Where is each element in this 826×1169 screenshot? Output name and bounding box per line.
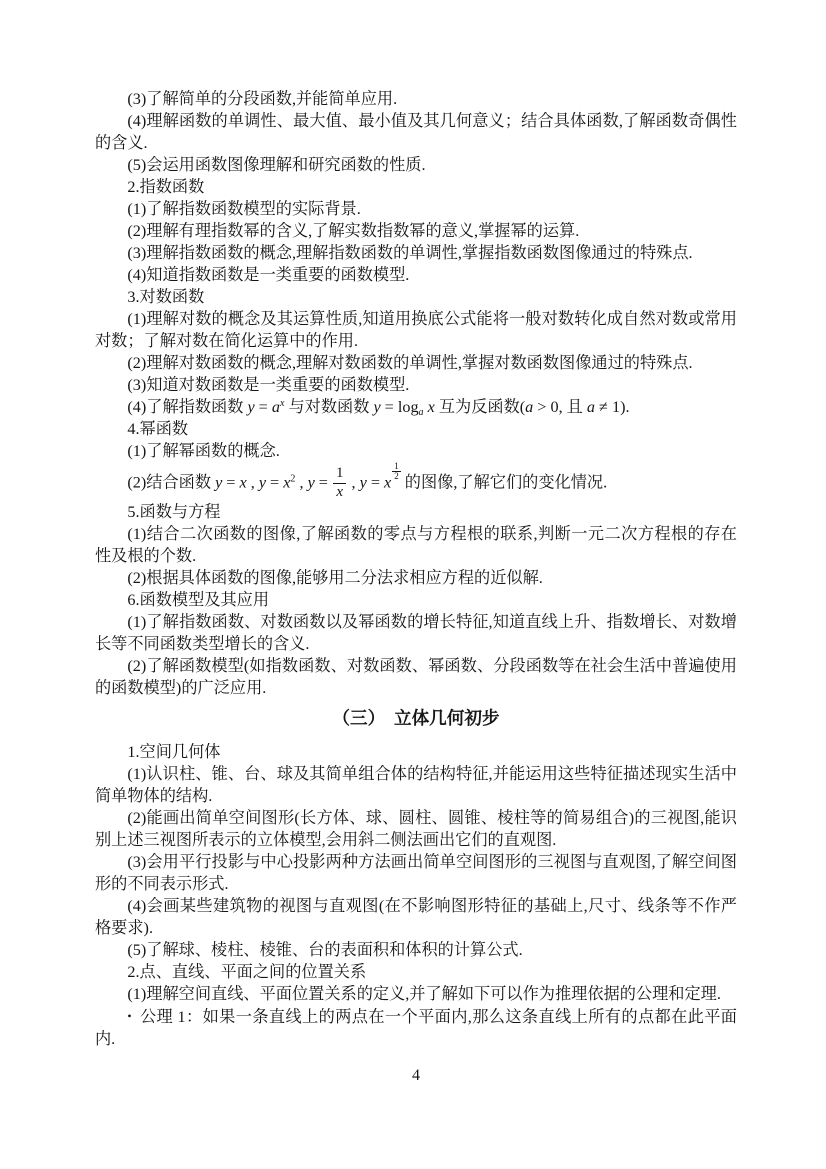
- paragraph: (2)根据具体函数的图像,能够用二分法求相应方程的近似解.: [95, 567, 737, 589]
- fraction-denominator: x: [333, 484, 347, 501]
- fraction-numerator: 1: [333, 466, 347, 484]
- text-run: =: [222, 473, 239, 491]
- text-run: > 0, 且: [533, 398, 587, 416]
- math-variable: a: [272, 398, 280, 416]
- paragraph: (3)理解指数函数的概念,理解指数函数的单调性,掌握指数函数图像通过的特殊点.: [95, 242, 737, 264]
- text-run: ≠ 1).: [595, 398, 630, 416]
- math-variable: y: [259, 473, 266, 491]
- text-run: ,: [247, 473, 259, 491]
- paragraph: 3.对数函数: [95, 286, 737, 308]
- fraction-denominator: 2: [392, 472, 401, 481]
- paragraph: •公理 1：如果一条直线上的两点在一个平面内,那么这条直线上所有的点都在此平面内…: [95, 1005, 737, 1050]
- paragraph: (3)会用平行投影与中心投影两种方法画出简单空间图形的三视图与直观图,了解空间图…: [95, 851, 737, 895]
- text-run: (2)结合函数: [127, 473, 215, 491]
- math-fraction: 12: [392, 462, 401, 482]
- math-variable: a: [587, 398, 595, 416]
- paragraph: 5.函数与方程: [95, 501, 737, 523]
- text-run: ,: [347, 473, 359, 491]
- paragraph: (1)了解指数函数、对数函数以及幂函数的增长特征,知道直线上升、指数增长、对数增…: [95, 611, 737, 655]
- text-run: 互为反函数(: [435, 398, 525, 416]
- page-footer: 4: [95, 1066, 737, 1086]
- paragraph: 6.函数模型及其应用: [95, 589, 737, 611]
- section-heading: （三） 立体几何初步: [95, 704, 737, 732]
- text-run: = log: [381, 398, 419, 416]
- paragraph: (1)认识柱、锥、台、球及其简单组合体的结构特征,并能运用这些特征描述现实生活中…: [95, 763, 737, 807]
- paragraph: 2.点、直线、平面之间的位置关系: [95, 961, 737, 983]
- paragraph: (4)知道指数函数是一类重要的函数模型.: [95, 264, 737, 286]
- paragraph: (3)知道对数函数是一类重要的函数模型.: [95, 374, 737, 396]
- paragraph: (2)结合函数 y = x , y = x2 , y = 1x , y = x1…: [95, 462, 737, 501]
- paragraph: (2)能画出简单空间图形(长方体、球、圆柱、圆锥、棱柱等的简易组合)的三视图,能…: [95, 807, 737, 851]
- bullet-icon: •: [127, 1009, 139, 1023]
- math-variable: y: [360, 473, 367, 491]
- text-run: =: [315, 473, 332, 491]
- paragraph: (1)理解空间直线、平面位置关系的定义,并了解如下可以作为推理依据的公理和定理.: [95, 983, 737, 1005]
- text-run: =: [255, 398, 272, 416]
- math-variable: x: [384, 473, 391, 491]
- text-run: =: [266, 473, 283, 491]
- math-variable: x: [239, 473, 246, 491]
- paragraph: (3)了解简单的分段函数,并能简单应用.: [95, 88, 737, 110]
- paragraph: (1)了解指数函数模型的实际背景.: [95, 198, 737, 220]
- paragraph: (2)了解函数模型(如指数函数、对数函数、幂函数、分段函数等在社会生活中普遍使用…: [95, 655, 737, 699]
- math-variable: x: [428, 398, 435, 416]
- paragraph: 4.幂函数: [95, 418, 737, 440]
- paragraph: 1.空间几何体: [95, 741, 737, 763]
- paragraph: (4)理解函数的单调性、最大值、最小值及其几何意义；结合具体函数,了解函数奇偶性…: [95, 110, 737, 154]
- text-run: (4)了解指数函数: [127, 398, 247, 416]
- paragraph: (5)了解球、棱柱、棱锥、台的表面积和体积的计算公式.: [95, 939, 737, 961]
- paragraph: (1)了解幂函数的概念.: [95, 440, 737, 462]
- paragraph: (2)理解对数函数的概念,理解对数函数的单调性,掌握对数函数图像通过的特殊点.: [95, 352, 737, 374]
- text-run: =: [367, 473, 384, 491]
- paragraph: (1)结合二次函数的图像,了解函数的零点与方程根的联系,判断一元二次方程根的存在…: [95, 523, 737, 567]
- math-variable: y: [247, 398, 254, 416]
- math-variable: y: [373, 398, 380, 416]
- paragraph: (2)理解有理指数幂的含义,了解实数指数幂的意义,掌握幂的运算.: [95, 220, 737, 242]
- paragraph: (5)会运用函数图像理解和研究函数的性质.: [95, 154, 737, 176]
- paragraph: (1)理解对数的概念及其运算性质,知道用换底公式能将一般对数转化成自然对数或常用…: [95, 308, 737, 352]
- math-variable: y: [308, 473, 315, 491]
- text-run: ,: [295, 473, 307, 491]
- math-fraction: 1x: [333, 466, 347, 501]
- paragraph: (4)了解指数函数 y = ax 与对数函数 y = loga x 互为反函数(…: [95, 396, 737, 418]
- bullet-text: 公理 1：如果一条直线上的两点在一个平面内,那么这条直线上所有的点都在此平面内.: [95, 1008, 737, 1048]
- document-page: (3)了解简单的分段函数,并能简单应用.(4)理解函数的单调性、最大值、最小值及…: [0, 0, 826, 1169]
- page-number: 4: [412, 1067, 420, 1084]
- paragraph: (4)会画某些建筑物的视图与直观图(在不影响图形特征的基础上,尺寸、线条等不作严…: [95, 895, 737, 939]
- paragraph: 2.指数函数: [95, 176, 737, 198]
- text-run: 与对数函数: [284, 398, 373, 416]
- math-subscript: a: [419, 407, 424, 418]
- document-body: (3)了解简单的分段函数,并能简单应用.(4)理解函数的单调性、最大值、最小值及…: [95, 88, 737, 1086]
- text-run: 的图像,了解它们的变化情况.: [401, 473, 607, 491]
